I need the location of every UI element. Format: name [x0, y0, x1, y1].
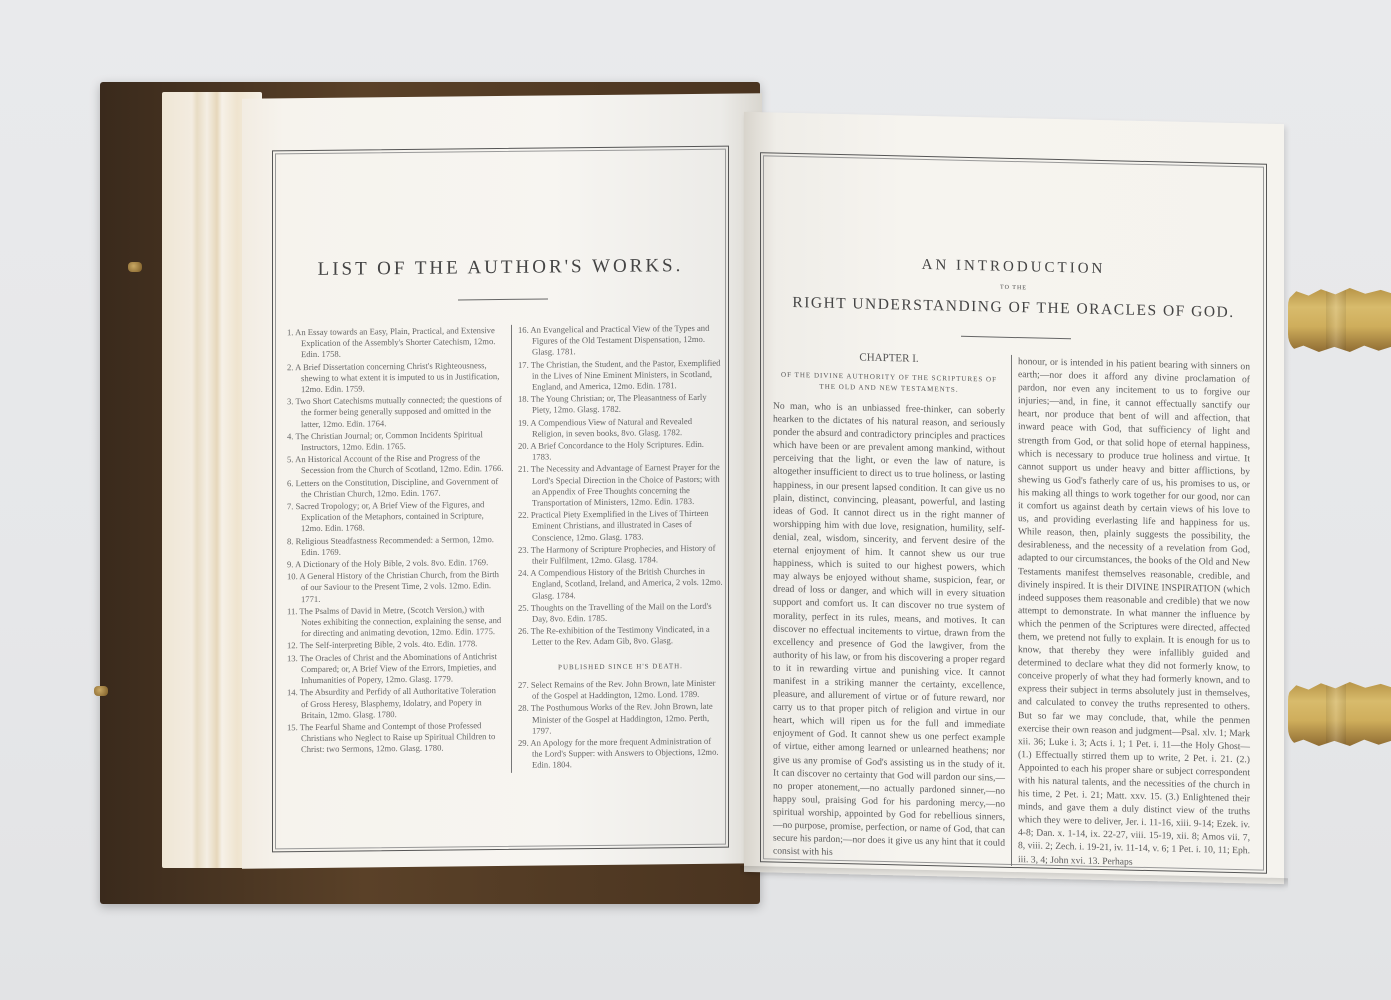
work-entry: 14. The Absurdity and Perfidy of all Aut… [287, 685, 505, 721]
work-entry: 11. The Psalms of David in Metre, (Scotc… [287, 604, 505, 640]
works-list: 1. An Essay towards an Easy, Plain, Prac… [287, 323, 727, 775]
posthumous-heading: PUBLISHED SINCE H'S DEATH. [518, 660, 723, 673]
work-entry: 19. A Compendious View of Natural and Re… [518, 415, 723, 440]
work-entry: 12. The Self-interpreting Bible, 2 vols.… [287, 638, 505, 651]
works-column-2: 16. An Evangelical and Practical View of… [518, 323, 723, 773]
column-divider [1011, 355, 1012, 866]
column-divider [511, 325, 512, 773]
right-page-border: AN INTRODUCTION TO THE RIGHT UNDERSTANDI… [760, 152, 1267, 874]
chapter-heading: CHAPTER I. [773, 350, 1005, 367]
chapter-subtitle: OF THE DIVINE AUTHORITY OF THE SCRIPTURE… [773, 370, 1005, 397]
title-rule [961, 336, 1071, 339]
work-entry: 15. The Fearful Shame and Contempt of th… [287, 720, 505, 756]
right-page: AN INTRODUCTION TO THE RIGHT UNDERSTANDI… [744, 112, 1284, 884]
works-column-1: 1. An Essay towards an Easy, Plain, Prac… [287, 325, 505, 775]
intro-title: AN INTRODUCTION [761, 253, 1266, 281]
work-entry: 13. The Oracles of Christ and the Abomin… [287, 651, 505, 687]
work-entry: 8. Religious Steadfastness Recommended: … [287, 534, 505, 559]
work-entry: 28. The Posthumous Works of the Rev. Joh… [518, 701, 723, 737]
left-page-title: LIST OF THE AUTHOR'S WORKS. [273, 255, 728, 282]
work-entry: 1. An Essay towards an Easy, Plain, Prac… [287, 325, 505, 361]
work-entry: 27. Select Remains of the Rev. John Brow… [518, 678, 723, 703]
chapter-column-2: honour, or is intended in his patient be… [1018, 355, 1250, 871]
work-entry: 22. Practical Piety Exemplified in the L… [518, 508, 723, 544]
work-entry: 23. The Harmony of Scripture Prophecies,… [518, 543, 723, 568]
chapter-text-col2: honour, or is intended in his patient be… [1018, 355, 1250, 871]
work-entry: 10. A General History of the Christian C… [287, 569, 505, 605]
work-entry: 18. The Young Christian; or, The Pleasan… [518, 392, 723, 417]
work-entry: 2. A Brief Dissertation concerning Chris… [287, 360, 505, 396]
clasp-pin-bottom [94, 686, 108, 696]
chapter-column-1: CHAPTER I. OF THE DIVINE AUTHORITY OF TH… [773, 350, 1005, 866]
work-entry: 7. Sacred Tropology; or, A Brief View of… [287, 499, 505, 535]
work-entry: 25. Thoughts on the Travelling of the Ma… [518, 601, 723, 626]
clasp-pin-top [128, 262, 142, 272]
left-page: LIST OF THE AUTHOR'S WORKS. 1. An Essay … [242, 93, 762, 868]
work-entry: 6. Letters on the Constitution, Discipli… [287, 476, 505, 501]
gold-clasp-top [1288, 288, 1391, 352]
work-entry: 21. The Necessity and Advantage of Earne… [518, 462, 723, 509]
intro-main-title: RIGHT UNDERSTANDING OF THE ORACLES OF GO… [761, 293, 1266, 322]
work-entry: 3. Two Short Catechisms mutually connect… [287, 394, 505, 430]
left-page-border: LIST OF THE AUTHOR'S WORKS. 1. An Essay … [272, 146, 729, 853]
work-entry: 9. A Dictionary of the Holy Bible, 2 vol… [287, 557, 505, 570]
work-entry: 17. The Christian, the Student, and the … [518, 357, 723, 393]
work-entry: 4. The Christian Journal; or, Common Inc… [287, 429, 505, 454]
work-entry: 26. The Re-exhibition of the Testimony V… [518, 624, 723, 649]
chapter-body: CHAPTER I. OF THE DIVINE AUTHORITY OF TH… [773, 350, 1257, 872]
work-entry: 29. An Apology for the more frequent Adm… [518, 736, 723, 772]
title-rule [458, 299, 548, 301]
work-entry: 16. An Evangelical and Practical View of… [518, 323, 723, 359]
chapter-text-col1: No man, who is an unbiassed free-thinker… [773, 400, 1005, 864]
work-entry: 5. An Historical Account of the Rise and… [287, 452, 505, 477]
work-entry: 20. A Brief Concordance to the Holy Scri… [518, 439, 723, 464]
gold-clasp-bottom [1288, 682, 1391, 746]
work-entry: 24. A Compendious History of the British… [518, 566, 723, 602]
